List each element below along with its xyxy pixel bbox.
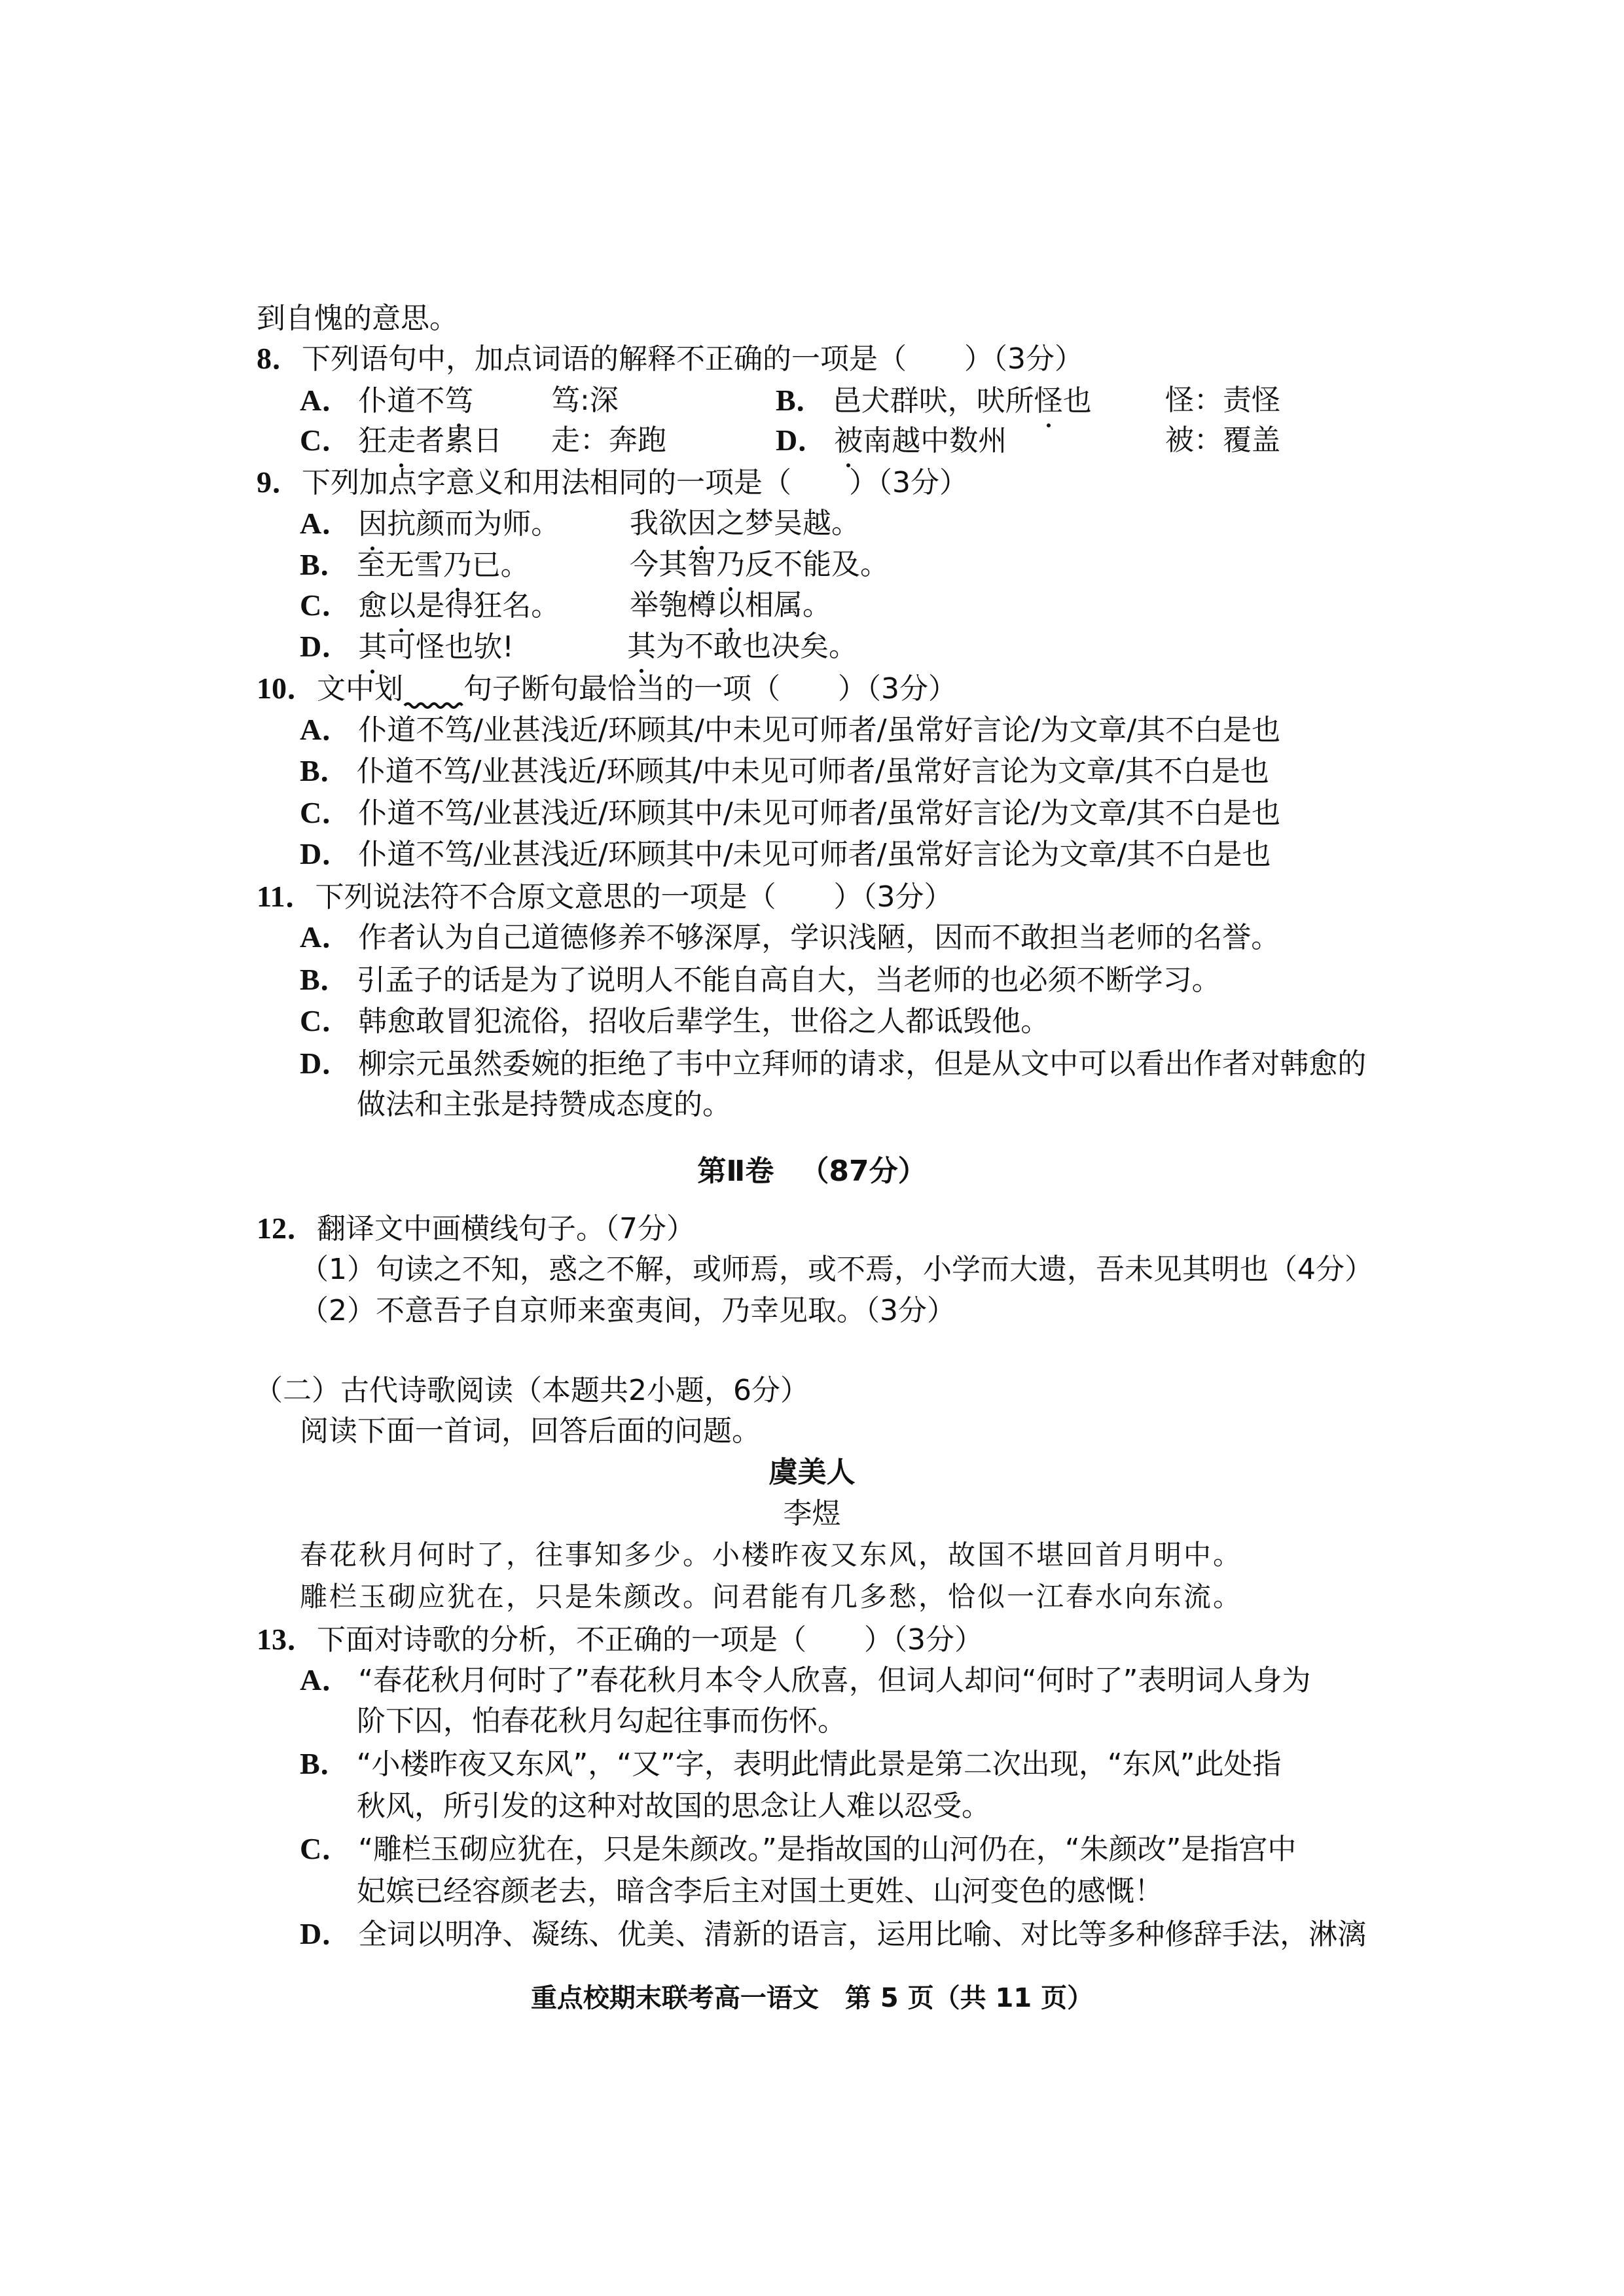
q8-option-a: A．仆道不笃 — [300, 384, 473, 418]
question-number: 13． — [257, 1623, 317, 1656]
option-text: 相属。 — [745, 588, 831, 622]
option-letter: B． — [776, 384, 826, 417]
option-text: 作者认为自己道德修养不够深厚，学识浅陋，因而不敢担当老师的名誉。 — [358, 921, 1280, 954]
section-2-heading: （二）古代诗歌阅读（本题共2小题，6分） — [254, 1374, 809, 1408]
option-letter: A． — [300, 1663, 352, 1696]
option-letter: A． — [300, 920, 352, 954]
page-footer: 重点校期末联考高一语文 第 5 页（共 11 页） — [0, 1982, 1624, 2015]
q10-option-b: B．仆道不笃/业甚浅近/环顾其/中未见可师者/虽常好言论为文章/其不白是也 — [300, 754, 1269, 789]
emphasis-dot-char: 以 — [387, 589, 416, 623]
q13-option-b: B．“小楼昨夜又东风”，“又”字，表明此情此景是第二次出现，“东风”此处指 — [300, 1747, 1281, 1782]
q8-option-d-gloss: 被：覆盖 — [1165, 423, 1280, 457]
option-letter: C． — [300, 796, 352, 829]
option-text: 也 — [1063, 384, 1092, 418]
option-text: 仆道不笃/业甚浅近/环顾其中/未见可师者/虽常好言论/为文章/其不白是也 — [358, 797, 1280, 830]
emphasis-dot-char: 乃 — [443, 548, 472, 583]
q9-option-a-second: 我欲因之梦吴越。 — [630, 507, 860, 541]
option-text: 至无雪 — [357, 548, 443, 582]
part-title: 第Ⅱ卷 — [697, 1155, 774, 1188]
q10-option-a: A．仆道不笃/业甚浅近/环顾其/中未见可师者/虽常好言论/为文章/其不白是也 — [300, 713, 1280, 747]
question-13: 13．下面对诗歌的分析，不正确的一项是（ ）（3分） — [257, 1623, 983, 1657]
option-letter: D． — [300, 837, 352, 870]
section-2-instruction: 阅读下面一首词，回答后面的问题。 — [300, 1414, 761, 1448]
option-text: “雕栏玉砌应犹在，只是朱颜改。”是指故国的山河仍在，“朱颜改”是指宫中 — [358, 1833, 1296, 1866]
question-stem: 下列说法符不合原文意思的一项是（ ）（3分） — [315, 880, 952, 914]
q11-option-d: D．柳宗元虽然委婉的拒绝了韦中立拜师的请求，但是从文中可以看出作者对韩愈的 — [300, 1047, 1366, 1081]
option-text: 愈 — [358, 589, 387, 622]
option-letter: C． — [300, 588, 352, 622]
option-text: 南越中数州 — [863, 424, 1007, 457]
q9-option-d-second: 其为不敢也决矣。 — [627, 630, 857, 664]
question-12: 12．翻译文中画横线句子。（7分） — [257, 1211, 695, 1246]
q8-option-d: D．被南越中数州 — [776, 423, 1007, 458]
option-text: 仆道不笃/业甚浅近/环顾其/中未见可师者/虽常好言论/为文章/其不白是也 — [358, 713, 1280, 747]
option-letter: C． — [300, 1832, 352, 1865]
q10-option-d: D．仆道不笃/业甚浅近/环顾其中/未见可师者/虽常好言论为文章/其不白是也 — [300, 837, 1271, 872]
q9-option-c: C．愈以是得狂名。 — [300, 588, 560, 623]
poem-line-1: 春花秋月何时了，往事知多少。小楼昨夜又东风，故国不堪回首月明中。 — [300, 1538, 1242, 1572]
emphasis-dot-char: 怪 — [1034, 384, 1063, 418]
emphasis-dot-char: 走 — [387, 424, 416, 458]
option-text: 韩愈敢冒犯流俗，招收后辈学生，世俗之人都诋毁他。 — [358, 1005, 1049, 1038]
option-text: 邑犬群吠，吠所 — [833, 384, 1034, 418]
q12-item-2: （2）不意吾子自京师来蛮夷间，乃幸见取。（3分） — [300, 1294, 956, 1328]
q13-option-c-continuation: 妃嫔已经容颜老去，暗含李后主对国土更姓、山河变色的感慨！ — [357, 1874, 1163, 1909]
option-text: 之梦吴越。 — [716, 507, 860, 540]
poem-author: 李煜 — [0, 1497, 1624, 1531]
option-text: “小楼昨夜又东风”，“又”字，表明此情此景是第二次出现，“东风”此处指 — [357, 1748, 1282, 1781]
q11-option-b: B．引孟子的话是为了说明人不能自高自大，当老师的也必须不断学习。 — [300, 963, 1221, 997]
question-number: 10． — [257, 672, 317, 705]
option-text: 抗颜而为师。 — [387, 507, 560, 541]
q13-option-a: A．“春花秋月何时了”春花秋月本令人欣喜，但词人却问“何时了”表明词人身为 — [300, 1663, 1310, 1698]
option-letter: A． — [300, 507, 352, 540]
q10-option-c: C．仆道不笃/业甚浅近/环顾其中/未见可师者/虽常好言论/为文章/其不白是也 — [300, 796, 1280, 831]
q9-option-d: D．其可怪也欤! — [300, 630, 514, 664]
emphasis-dot-char: 乃 — [716, 548, 745, 582]
part-score: （87分） — [800, 1155, 926, 1188]
q9-option-b: B．至无雪乃已。 — [300, 548, 530, 583]
option-letter: D． — [300, 1047, 352, 1080]
option-text: 狂 — [358, 424, 387, 457]
emphasis-dot-char: 因 — [687, 507, 716, 541]
previous-paragraph-continuation: 到自愧的意思。 — [257, 302, 458, 336]
option-text: 已。 — [472, 548, 530, 582]
option-text: 今其智 — [630, 548, 716, 581]
option-letter: C． — [300, 1004, 352, 1037]
option-text: 为不敢也决矣。 — [656, 630, 857, 663]
option-letter: B． — [300, 1747, 350, 1780]
q11-option-d-continuation: 做法和主张是持赞成态度的。 — [357, 1088, 731, 1122]
option-text: 举匏樽 — [630, 588, 716, 622]
option-letter: B． — [300, 963, 350, 996]
q11-option-a: A．作者认为自己道德修养不够深厚，学识浅陋，因而不敢担当老师的名誉。 — [300, 920, 1280, 955]
question-10: 10．文中划句子断句最恰当的一项（ ）（3分） — [257, 672, 957, 706]
question-11: 11．下列说法符不合原文意思的一项是（ ）（3分） — [257, 880, 952, 914]
q12-item-1: （1）句读之不知，惑之不解，或师焉，或不焉，小学而大遗，吾未见其明也（4分） — [300, 1253, 1373, 1287]
question-stem: 下面对诗歌的分析，不正确的一项是（ ）（3分） — [317, 1623, 983, 1657]
part-2-heading: 第Ⅱ卷（87分） — [0, 1155, 1624, 1189]
q8-option-b: B．邑犬群吠，吠所怪也 — [776, 384, 1092, 418]
question-stem: 翻译文中画横线句子。（7分） — [317, 1212, 695, 1246]
option-letter: C． — [300, 423, 352, 457]
q9-option-a: A．因抗颜而为师。 — [300, 507, 560, 541]
option-text: 是得狂名。 — [416, 589, 560, 622]
question-number: 12． — [257, 1211, 317, 1245]
option-letter: A． — [300, 713, 352, 746]
q13-option-d: D．全词以明净、凝练、优美、清新的语言，运用比喻、对比等多种修辞手法，淋漓 — [300, 1917, 1366, 1952]
option-text: 者累日 — [416, 424, 502, 457]
option-text: 仆道不笃/业甚浅近/环顾其中/未见可师者/虽常好言论为文章/其不白是也 — [358, 838, 1271, 871]
question-number: 11． — [257, 880, 315, 913]
option-text: 反不能及。 — [745, 548, 889, 581]
option-text: 全词以明净、凝练、优美、清新的语言，运用比喻、对比等多种修辞手法，淋漓 — [358, 1918, 1366, 1951]
poem-title: 虞美人 — [0, 1456, 1624, 1490]
emphasis-dot-char: 其 — [627, 630, 656, 664]
q8-option-a-gloss: 笃:深 — [551, 384, 619, 418]
q13-option-a-continuation: 阶下囚，怕春花秋月勾起往事而伤怀。 — [357, 1704, 846, 1738]
poem-line-2: 雕栏玉砌应犹在，只是朱颜改。问君能有几多愁，恰似一江春水向东流。 — [300, 1580, 1242, 1614]
emphasis-dot-char: 被 — [834, 424, 863, 458]
emphasis-dot-char: 因 — [358, 507, 387, 541]
emphasis-dot-char: 以 — [716, 588, 745, 622]
emphasis-dot-char: 笃 — [444, 384, 473, 418]
emphasis-dot-char: 其 — [358, 630, 387, 664]
option-letter: A． — [300, 384, 352, 417]
q9-option-c-second: 举匏樽以相属。 — [630, 588, 831, 622]
q8-option-c: C．狂走者累日 — [300, 423, 502, 458]
question-number: 8． — [257, 342, 302, 375]
wavy-underline-icon — [403, 680, 463, 706]
q8-option-b-gloss: 怪：责怪 — [1165, 384, 1280, 418]
q11-option-c: C．韩愈敢冒犯流俗，招收后辈学生，世俗之人都诋毁他。 — [300, 1004, 1049, 1039]
option-text: 可怪也欤! — [387, 630, 514, 664]
q13-option-c: C．“雕栏玉砌应犹在，只是朱颜改。”是指故国的山河仍在，“朱颜改”是指宫中 — [300, 1832, 1296, 1867]
option-letter: D． — [300, 630, 352, 663]
q13-option-b-continuation: 秋风，所引发的这种对故国的思念让人难以忍受。 — [357, 1789, 990, 1823]
option-text: 仆道不 — [358, 384, 444, 418]
option-letter: B． — [300, 754, 350, 787]
question-stem: 下列语句中，加点词语的解释不正确的一项是（ ）（3分） — [302, 342, 1083, 376]
question-stem: 句子断句最恰当的一项（ ）（3分） — [463, 672, 957, 706]
question-stem: 下列加点字意义和用法相同的一项是（ ）（3分） — [302, 466, 968, 499]
option-letter: D． — [300, 1917, 352, 1950]
q9-option-b-second: 今其智乃反不能及。 — [630, 548, 889, 582]
q8-option-c-gloss: 走：奔跑 — [551, 423, 666, 457]
question-number: 9． — [257, 465, 302, 499]
question-8: 8．下列语句中，加点词语的解释不正确的一项是（ ）（3分） — [257, 342, 1083, 376]
question-9: 9．下列加点字意义和用法相同的一项是（ ）（3分） — [257, 465, 968, 499]
option-letter: D． — [776, 423, 827, 457]
option-letter: B． — [300, 548, 350, 581]
option-text: 仆道不笃/业甚浅近/环顾其/中未见可师者/虽常好言论为文章/其不白是也 — [357, 755, 1269, 788]
question-stem: 文中划 — [317, 672, 403, 706]
option-text: 我欲 — [630, 507, 687, 540]
option-text: 引孟子的话是为了说明人不能自高自大，当老师的也必须不断学习。 — [357, 963, 1221, 997]
option-text: “春花秋月何时了”春花秋月本令人欣喜，但词人却问“何时了”表明词人身为 — [358, 1664, 1310, 1697]
option-text: 柳宗元虽然委婉的拒绝了韦中立拜师的请求，但是从文中可以看出作者对韩愈的 — [358, 1047, 1366, 1081]
